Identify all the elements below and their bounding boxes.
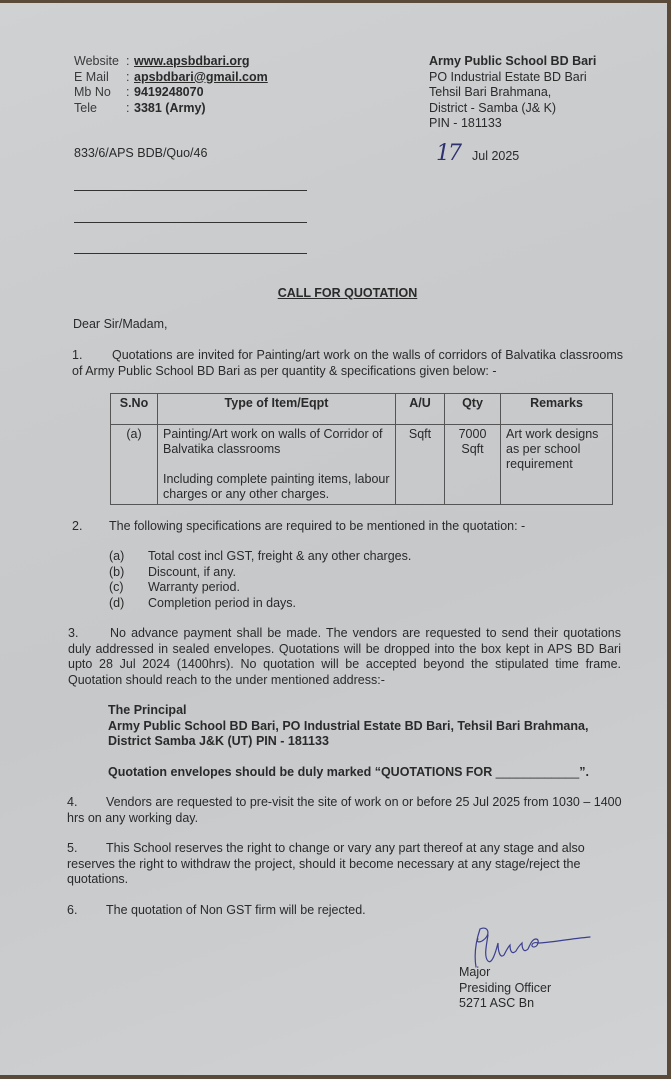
table-row: (a) Painting/Art work on walls of Corrid… [111, 425, 613, 505]
para-number: 2. [72, 519, 109, 535]
cell-sno: (a) [111, 425, 158, 505]
paragraph-1: 1.Quotations are invited for Painting/ar… [72, 348, 623, 379]
signatory-designation: Presiding Officer [459, 981, 551, 997]
mobile-number: 9419248070 [134, 85, 204, 101]
para-text: The quotation of Non GST firm will be re… [106, 903, 366, 917]
list-item: (b)Discount, if any. [109, 565, 411, 581]
para-text: This School reserves the right to change… [67, 841, 585, 886]
school-address: Army Public School BD Bari PO Industrial… [429, 54, 596, 132]
cell-au: Sqft [396, 425, 445, 505]
contact-tele: Tele : 3381 (Army) [74, 101, 268, 117]
contact-mobile: Mb No : 9419248070 [74, 85, 268, 101]
col-header-qty: Qty [445, 394, 501, 425]
signatory-block: Major Presiding Officer 5271 ASC Bn [459, 965, 551, 1012]
cell-item: Painting/Art work on walls of Corridor o… [158, 425, 396, 505]
para-text: Vendors are requested to pre-visit the s… [67, 795, 622, 825]
item-description: Painting/Art work on walls of Corridor o… [163, 427, 390, 457]
website-link[interactable]: www.apsbdbari.org [134, 54, 250, 70]
date-month-year: Jul 2025 [472, 149, 519, 165]
para-number: 3. [68, 626, 110, 642]
contact-block: Website : www.apsbdbari.org E Mail : aps… [74, 54, 268, 116]
school-name: Army Public School BD Bari [429, 54, 596, 70]
list-item: (a)Total cost incl GST, freight & any ot… [109, 549, 411, 565]
contact-label: Website [74, 54, 126, 70]
quotation-table: S.No Type of Item/Eqpt A/U Qty Remarks (… [110, 393, 613, 505]
para-number: 1. [72, 348, 112, 364]
addressee-blank-line [74, 222, 307, 223]
addressee-line: District Samba J&K (UT) PIN - 181133 [108, 734, 589, 750]
cell-remarks: Art work designs as per school requireme… [501, 425, 613, 505]
tele-number: 3381 (Army) [134, 101, 206, 117]
paragraph-4: 4.Vendors are requested to pre-visit the… [67, 795, 627, 826]
para-number: 5. [67, 841, 106, 857]
submission-address: The Principal Army Public School BD Bari… [108, 703, 589, 780]
col-header-sno: S.No [111, 394, 158, 425]
addressee-line: Army Public School BD Bari, PO Industria… [108, 719, 589, 735]
paragraph-5: 5.This School reserves the right to chan… [67, 841, 622, 888]
paragraph-6: 6.The quotation of Non GST firm will be … [67, 903, 366, 919]
document-title: CALL FOR QUOTATION [0, 286, 671, 300]
paragraph-2: 2.The following specifications are requi… [72, 519, 525, 535]
contact-email: E Mail : apsbdbari@gmail.com [74, 70, 268, 86]
addressee-blank-line [74, 253, 307, 254]
salutation: Dear Sir/Madam, [73, 317, 167, 333]
col-header-item: Type of Item/Eqpt [158, 394, 396, 425]
para-text: The following specifications are require… [109, 519, 525, 533]
address-line: District - Samba (J& K) [429, 101, 596, 117]
col-header-remarks: Remarks [501, 394, 613, 425]
addressee-title: The Principal [108, 703, 589, 719]
paragraph-3: 3.No advance payment shall be made. The … [68, 626, 621, 688]
signature-mark [458, 921, 598, 971]
para-number: 6. [67, 903, 106, 919]
cell-qty: 7000 Sqft [445, 425, 501, 505]
para-text: No advance payment shall be made. The ve… [68, 626, 621, 687]
signatory-rank: Major [459, 965, 551, 981]
email-link[interactable]: apsbdbari@gmail.com [134, 70, 268, 86]
addressee-blank-line [74, 190, 307, 191]
address-line: PO Industrial Estate BD Bari [429, 70, 596, 86]
letter-date: 17 Jul 2025 [436, 141, 519, 166]
list-item: (d)Completion period in days. [109, 596, 411, 612]
handwritten-day: 17 [436, 141, 460, 166]
signatory-unit: 5271 ASC Bn [459, 996, 551, 1012]
contact-label: E Mail [74, 70, 126, 86]
col-header-au: A/U [396, 394, 445, 425]
address-line: Tehsil Bari Brahmana, [429, 85, 596, 101]
para-text: Quotations are invited for Painting/art … [72, 348, 623, 378]
table-header-row: S.No Type of Item/Eqpt A/U Qty Remarks [111, 394, 613, 425]
para-number: 4. [67, 795, 106, 811]
contact-website: Website : www.apsbdbari.org [74, 54, 268, 70]
document-page: Website : www.apsbdbari.org E Mail : aps… [0, 3, 667, 1075]
contact-label: Mb No [74, 85, 126, 101]
address-line: PIN - 181133 [429, 116, 596, 132]
contact-label: Tele [74, 101, 126, 117]
specification-list: (a)Total cost incl GST, freight & any ot… [109, 549, 411, 611]
envelope-note: Quotation envelopes should be duly marke… [108, 765, 589, 781]
item-inclusions: Including complete painting items, labou… [163, 472, 390, 502]
handwritten-signature-icon [458, 921, 598, 971]
list-item: (c)Warranty period. [109, 580, 411, 596]
reference-number: 833/6/APS BDB/Quo/46 [74, 146, 207, 162]
